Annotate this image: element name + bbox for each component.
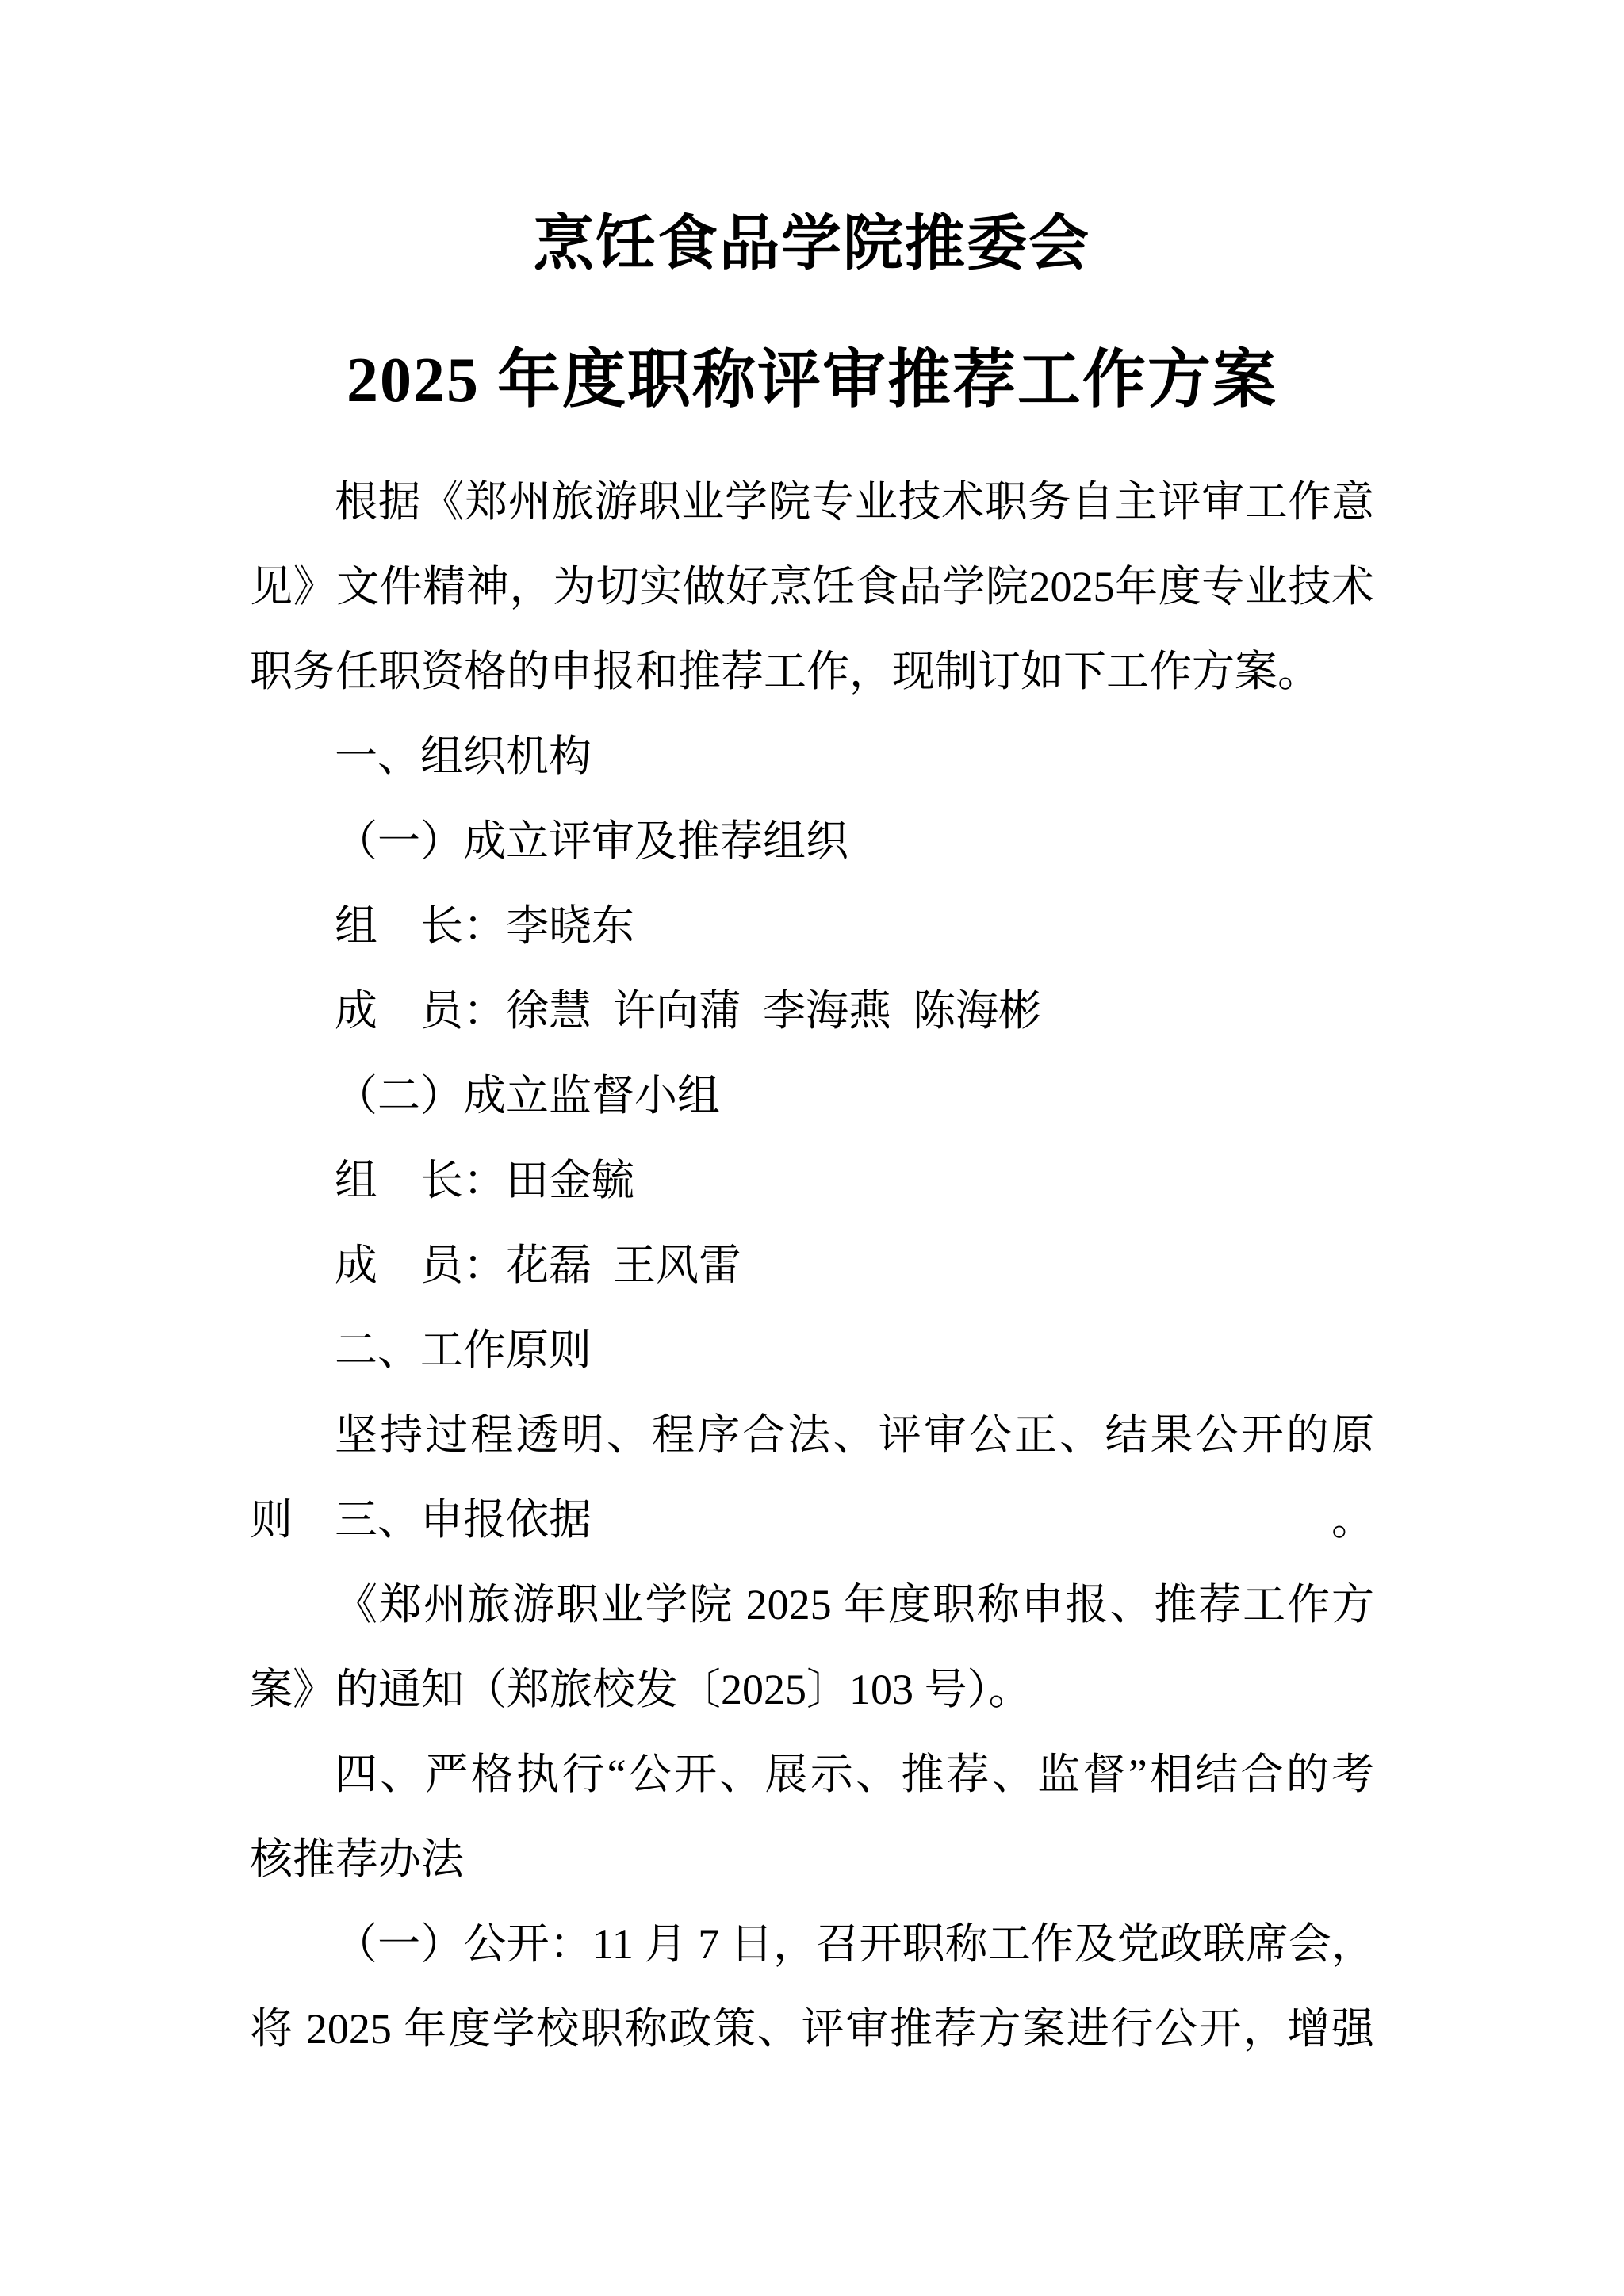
doc-line: （一）公开：11 月 7 日，召开职称工作及党政联席会， [250,1902,1374,1987]
doc-line: 成 员：花磊 王风雷 [250,1223,1374,1308]
document-subtitle: 2025 年度职称评审推荐工作方案 [0,336,1624,425]
doc-line: 四、严格执行“公开、展示、推荐、监督”相结合的考 [250,1732,1374,1817]
doc-line: 根据《郑州旅游职业学院专业技术职务自主评审工作意 [250,460,1374,545]
doc-line: （一）成立评审及推荐组织 [250,799,1374,884]
doc-line: 案》的通知（郑旅校发〔2025〕103 号）。 [250,1647,1374,1732]
doc-line: 一、组织机构 [250,714,1374,799]
doc-line: 职务任职资格的申报和推荐工作，现制订如下工作方案。 [250,629,1374,714]
doc-line: 组 长：田金毓 [250,1138,1374,1223]
doc-line: 见》文件精神，为切实做好烹饪食品学院2025年度专业技术 [250,545,1374,629]
document-title: 烹饪食品学院推委会 [0,200,1624,289]
doc-line: 坚持过程透明、程序合法、评审公正、结果公开的原则。 [250,1393,1374,1478]
document-page: 烹饪食品学院推委会 2025 年度职称评审推荐工作方案 根据《郑州旅游职业学院专… [0,0,1624,2296]
document-body: 根据《郑州旅游职业学院专业技术职务自主评审工作意见》文件精神，为切实做好烹饪食品… [250,460,1374,2072]
doc-line: 《郑州旅游职业学院 2025 年度职称申报、推荐工作方 [250,1563,1374,1647]
doc-line: 组 长：李晓东 [250,884,1374,969]
doc-line: （二）成立监督小组 [250,1054,1374,1138]
doc-line: 核推荐办法 [250,1817,1374,1902]
doc-line: 成 员：徐慧 许向蒲 李海燕 陈海彬 [250,969,1374,1054]
doc-line: 将 2025 年度学校职称政策、评审推荐方案进行公开，增强 [250,1987,1374,2072]
doc-line: 二、工作原则 [250,1308,1374,1393]
